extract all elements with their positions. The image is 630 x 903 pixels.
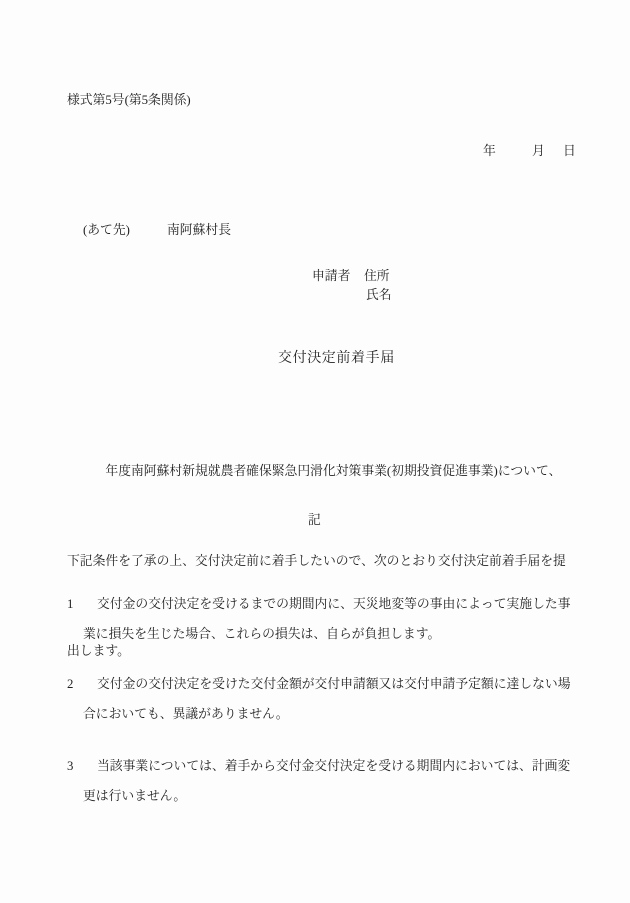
condition-item-3: 3 当該事業については、着手から交付金交付決定を受ける期間内においては、計画変 … — [67, 751, 597, 811]
addressee-line: (あて先) 南阿蘇村長 — [0, 219, 630, 237]
applicant-name-label: 氏名 — [366, 284, 392, 303]
applicant-address-label: 住所 — [364, 265, 390, 284]
date-month-label: 月 — [532, 140, 545, 159]
body-line: 年度南阿蘇村新規就農者確保緊急円滑化対策事業(初期投資促進事業)について、 — [67, 456, 587, 486]
condition-line: 合においても、異議がありません。 — [83, 699, 597, 729]
condition-item-1: 1 交付金の交付決定を受けるまでの期間内に、天災地変等の事由によって実施した事 … — [67, 589, 597, 649]
applicant-block: 申請者 住所 氏名 — [0, 265, 630, 305]
document-title: 交付決定前着手届 — [278, 347, 395, 367]
condition-line: 交付金の交付決定を受けた交付金額が交付申請額又は交付申請予定額に達しない場 — [97, 669, 597, 699]
form-number: 様式第5号(第5条関係) — [67, 89, 191, 108]
applicant-label: 申請者 — [312, 265, 350, 284]
date-year-label: 年 — [483, 140, 496, 159]
condition-number: 3 — [67, 751, 73, 781]
addressee-label: (あて先) — [83, 219, 130, 238]
date-day-label: 日 — [563, 140, 576, 159]
condition-line: 更は行いません。 — [83, 781, 597, 811]
list-heading: 記 — [308, 509, 321, 528]
condition-line: 業に損失を生じた場合、これらの損失は、自らが負担します。 — [83, 619, 597, 649]
condition-line: 当該事業については、着手から交付金交付決定を受ける期間内においては、計画変 — [97, 751, 597, 781]
document-page: 様式第5号(第5条関係) 年 月 日 (あて先) 南阿蘇村長 申請者 住所 氏名… — [0, 0, 630, 903]
condition-number: 1 — [67, 589, 73, 619]
body-line: 下記条件を了承の上、交付決定前に着手したいので、次のとおり交付決定前着手届を提 — [67, 546, 587, 576]
condition-item-2: 2 交付金の交付決定を受けた交付金額が交付申請額又は交付申請予定額に達しない場 … — [67, 669, 597, 729]
addressee-name: 南阿蘇村長 — [167, 219, 231, 238]
condition-line: 交付金の交付決定を受けるまでの期間内に、天災地変等の事由によって実施した事 — [97, 589, 597, 619]
date-line: 年 月 日 — [0, 140, 630, 158]
condition-number: 2 — [67, 669, 73, 699]
